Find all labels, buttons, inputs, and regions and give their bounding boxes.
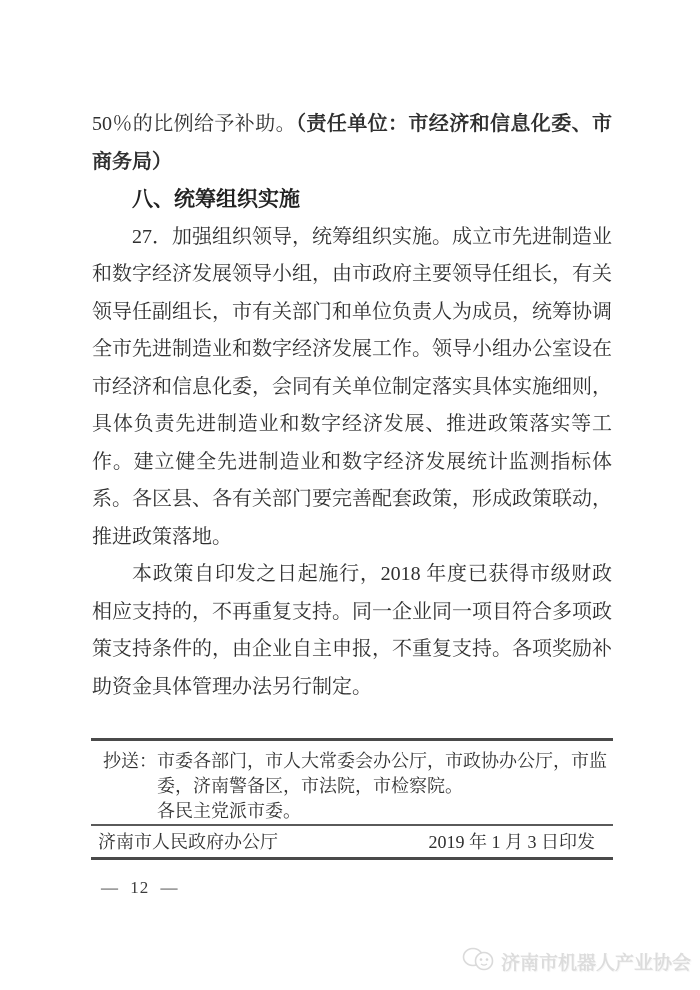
issuer-name: 济南市人民政府办公厅 (98, 830, 278, 855)
body-line: 系。各区县、各有关部门要完善配套政策，形成政策联动， (92, 481, 612, 519)
separator-rule-middle (91, 824, 613, 826)
document-page: 50％的比例给予补助。（责任单位：市经济和信息化委、市商务局）八、统筹组织实施2… (0, 0, 700, 990)
body-line: 本政策自印发之日起施行，2018 年度已获得市级财政 (92, 556, 612, 594)
body-line: 27．加强组织领导，统筹组织实施。成立市先进制造业 (92, 219, 612, 257)
watermark-text: 济南市机器人产业协会 (501, 948, 691, 975)
separator-rule-bottom (91, 857, 613, 860)
body-line: 相应支持的，不再重复支持。同一企业同一项目符合多项政 (92, 594, 612, 632)
print-date: 2019 年 1 月 3 日印发 (429, 830, 614, 855)
body-line: 推进政策落地。 (92, 519, 612, 557)
body-line: 商务局） (92, 144, 612, 182)
body-line: 和数字经济发展领导小组，由市政府主要领导任组长，有关 (92, 256, 612, 294)
body-line: 助资金具体管理办法另行制定。 (92, 669, 612, 707)
body-line: 策支持条件的，由企业自主申报，不重复支持。各项奖励补 (92, 631, 612, 669)
cc-line: 各民主党派市委。 (157, 799, 615, 824)
document-body: 50％的比例给予补助。（责任单位：市经济和信息化委、市商务局）八、统筹组织实施2… (92, 106, 612, 706)
robot-mascot-logo-icon (462, 944, 496, 979)
page-number: — 12 — (101, 878, 179, 898)
cc-line: 委，济南警备区，市法院，市检察院。 (157, 774, 615, 799)
issuer-row: 济南市人民政府办公厅 2019 年 1 月 3 日印发 (98, 830, 613, 855)
body-line: 市经济和信息化委，会同有关单位制定落实具体实施细则， (92, 369, 612, 407)
separator-rule-top (91, 738, 613, 741)
cc-line: 市委各部门，市人大常委会办公厅，市政协办公厅，市监 (157, 749, 615, 774)
watermark: 济南市机器人产业协会 (462, 944, 691, 979)
cc-block: 抄送： 市委各部门，市人大常委会办公厅，市政协办公厅，市监委，济南警备区，市法院… (103, 749, 615, 824)
body-line: 50％的比例给予补助。（责任单位：市经济和信息化委、市 (92, 106, 612, 144)
body-line: 具体负责先进制造业和数字经济发展、推进政策落实等工 (92, 406, 612, 444)
cc-label: 抄送： (103, 749, 157, 774)
section-heading: 八、统筹组织实施 (92, 181, 612, 219)
body-line: 全市先进制造业和数字经济发展工作。领导小组办公室设在 (92, 331, 612, 369)
cc-lines: 市委各部门，市人大常委会办公厅，市政协办公厅，市监委，济南警备区，市法院，市检察… (157, 749, 615, 824)
body-line: 作。建立健全先进制造业和数字经济发展统计监测指标体 (92, 444, 612, 482)
body-line: 领导任副组长，市有关部门和单位负责人为成员，统筹协调 (92, 294, 612, 332)
